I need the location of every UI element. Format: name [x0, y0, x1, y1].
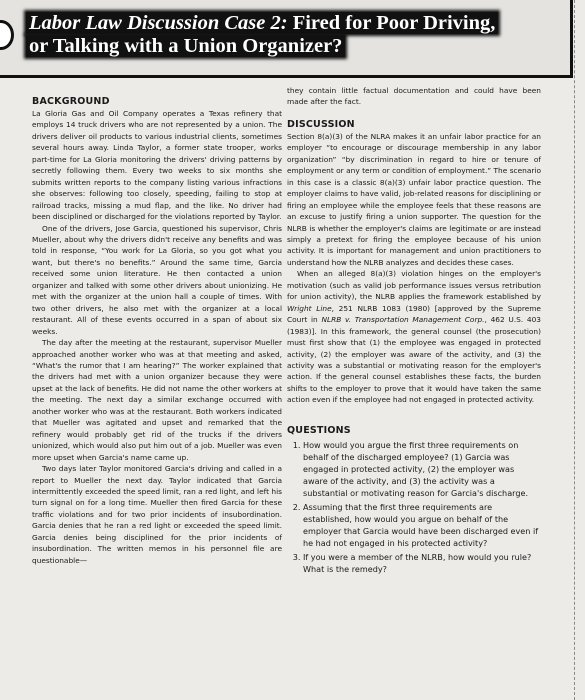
discussion-paragraph: Section 8(a)(3) of the NLRA makes it an … [287, 131, 541, 268]
case-citation: NLRB v. Transportation Management Corp. [321, 315, 484, 324]
title-line-2: or Talking with a Union Organizer? [26, 35, 345, 57]
questions-list: How would you argue the first three requ… [287, 439, 541, 575]
background-continuation: they contain little factual documentatio… [287, 85, 541, 108]
left-column: BACKGROUND La Gloria Gas and Oil Company… [32, 96, 282, 566]
title-text: Fired for Poor Driving, [288, 12, 496, 34]
case-citation: Wright Line [287, 304, 332, 313]
page-edge [573, 0, 575, 700]
background-paragraph: Two days later Taylor monitored Garcia's… [32, 463, 282, 566]
background-paragraph: One of the drivers, Jose Garcia, questio… [32, 223, 282, 338]
questions-heading: QUESTIONS [287, 425, 541, 437]
title-case-label: Labor Law Discussion Case 2: [29, 12, 288, 34]
page-title: Labor Law Discussion Case 2: Fired for P… [26, 12, 498, 58]
background-paragraph: La Gloria Gas and Oil Company operates a… [32, 108, 282, 223]
right-column: they contain little factual documentatio… [287, 85, 541, 577]
background-paragraph: The day after the meeting at the restaur… [32, 337, 282, 463]
question-item: If you were a member of the NLRB, how wo… [303, 551, 541, 575]
discussion-paragraph: When an alleged 8(a)(3) violation hinges… [287, 268, 541, 405]
question-item: How would you argue the first three requ… [303, 439, 541, 499]
question-item: Assuming that the first three requiremen… [303, 501, 541, 549]
discussion-heading: DISCUSSION [287, 119, 541, 131]
background-heading: BACKGROUND [32, 96, 282, 108]
